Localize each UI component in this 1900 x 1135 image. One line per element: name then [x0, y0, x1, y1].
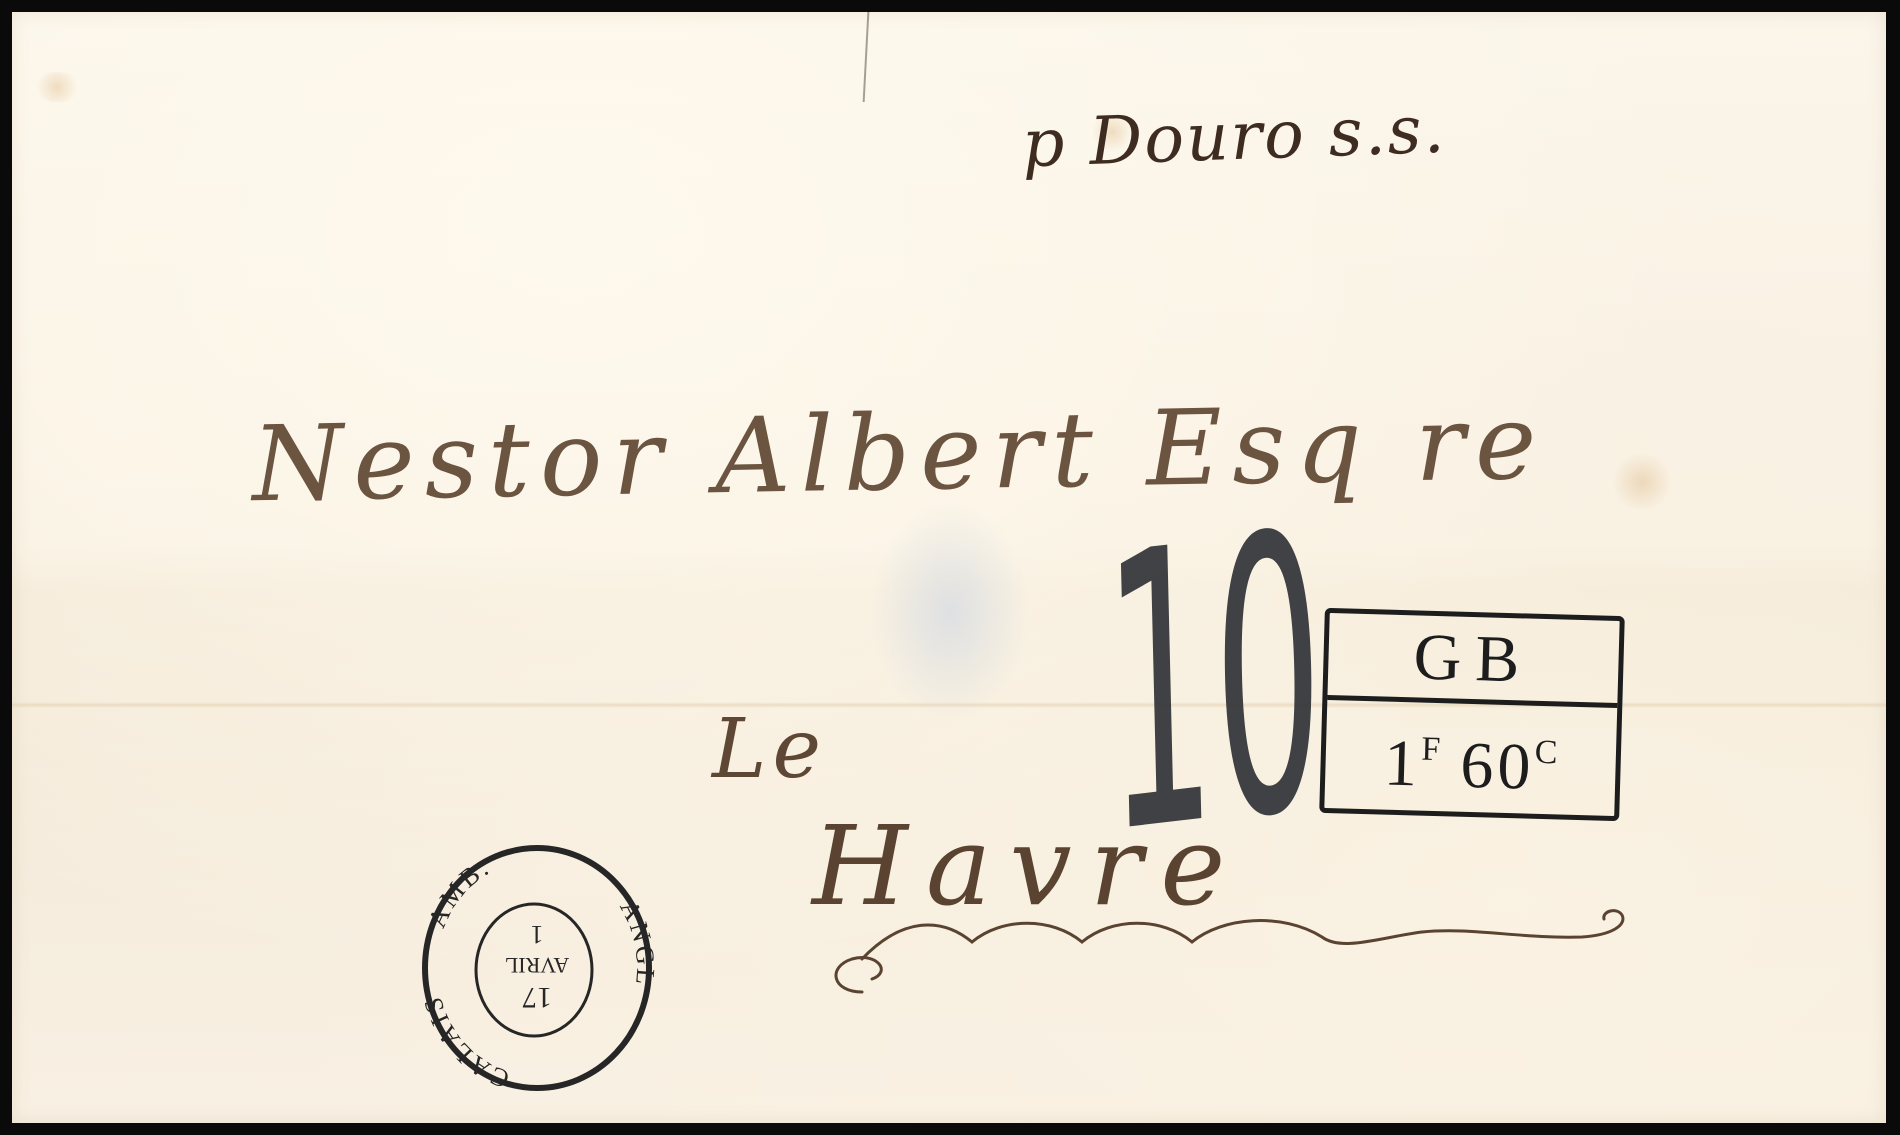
circular-date-stamp: CALAIS AMB. ANGL 17 AVRIL 1 [412, 830, 662, 1100]
foxing-spot [32, 72, 82, 102]
cds-outer-text-bottom: AMB. [422, 851, 495, 931]
amount-cents: 60 [1459, 729, 1535, 804]
foxing-spot [1612, 452, 1672, 512]
cents-superscript: C [1534, 734, 1558, 772]
tax-mark: 10 [1042, 462, 1272, 922]
cds-outer-text-left: ANGL [614, 895, 660, 988]
cds-outer-text-right: CALAIS [417, 991, 513, 1094]
amount-francs: 1 [1383, 727, 1422, 801]
cds-year: 1 [531, 920, 544, 949]
paper-discoloration [870, 502, 1030, 722]
scan-frame: p Douro s.s. Nestor Albert Esq re Le Hav… [0, 0, 1900, 1135]
gb-handstamp-top: GB [1327, 613, 1619, 708]
gb-accountancy-handstamp: GB 1F 60C [1319, 608, 1625, 821]
gb-handstamp-amount: 1F 60C [1324, 700, 1617, 817]
routing-endorsement: p Douro s.s. [1021, 91, 1448, 183]
tax-mark-value: 10 [1100, 456, 1214, 927]
addressee-name: Nestor Albert Esq re [251, 381, 1547, 526]
destination-prefix: Le [712, 702, 827, 797]
cds-month: AVRIL [505, 953, 569, 978]
franc-superscript: F [1421, 731, 1441, 769]
cds-day: 17 [522, 981, 552, 1014]
letter-cover: p Douro s.s. Nestor Albert Esq re Le Hav… [12, 12, 1886, 1123]
paper-tear [863, 12, 874, 102]
